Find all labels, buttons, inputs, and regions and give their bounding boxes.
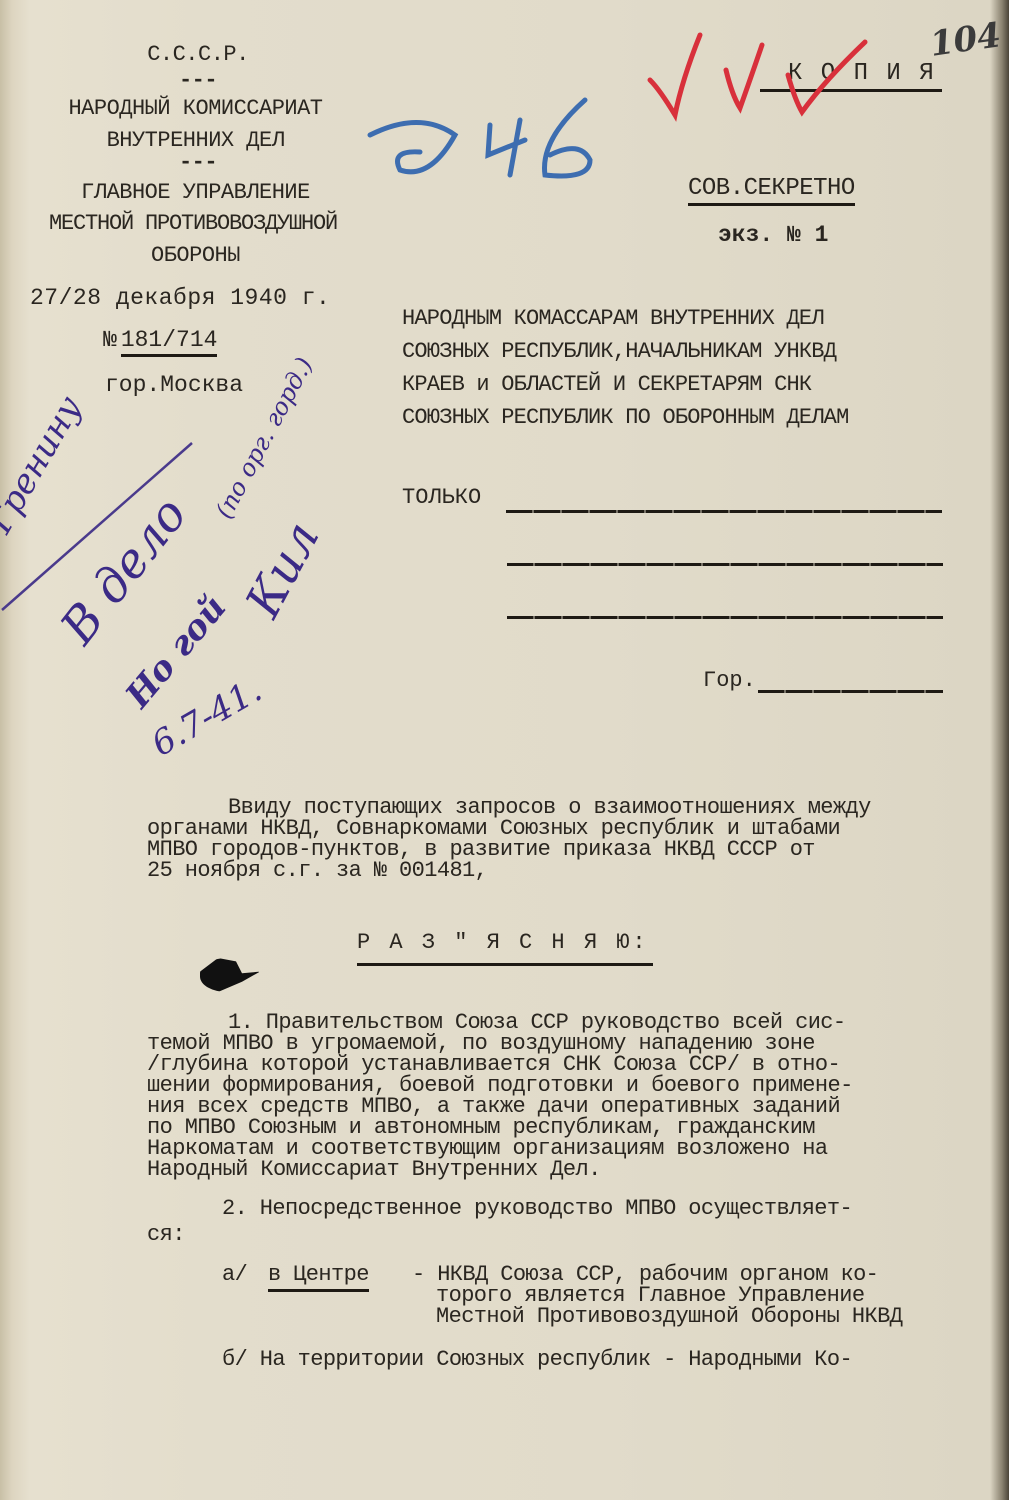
separator: --- [133,68,263,93]
blank-line [506,510,942,513]
document-date: 27/28 декабря 1940 г. [30,285,330,311]
ink-blot [200,958,260,992]
section-heading: Р А З " Я С Н Я Ю: [357,930,653,966]
country-label: С.С.С.Р. [133,42,263,67]
number-sign: № [103,327,117,353]
item2a-line: Местной Противовоздушной Обороны НКВД [436,1304,902,1329]
dept-line-3: ОБОРОНЫ [38,243,353,268]
copy-number: экз. № 1 [718,222,828,248]
addressee-line: СОЮЗНЫХ РЕСПУБЛИК,НАЧАЛЬНИКАМ УНКВД [402,339,836,364]
document-number: №181/714 [103,327,217,353]
item1-line: Народный Комиссариат Внутренних Дел. [147,1157,601,1182]
number-value: 181/714 [121,327,218,357]
dept-line-2: МЕСТНОЙ ПРОТИВОВОЗДУШНОЙ [8,211,378,236]
separator: --- [133,150,263,175]
dept-line-1: ГЛАВНОЕ УПРАВЛЕНИЕ [38,180,353,205]
blank-line [507,563,943,566]
red-checkmarks-icon [620,20,880,130]
page-number: 104 [928,15,1004,64]
item2a-prefix: а/ [222,1262,247,1287]
classification-label: СОВ.СЕКРЕТНО [688,175,855,206]
blank-line [758,690,943,693]
addressee-line: НАРОДНЫМ КОМАССАРАМ ВНУТРЕННИХ ДЕЛ [402,306,824,331]
document-city: гор.Москва [105,372,243,398]
intro-line: 25 ноября с.г. за № 001481, [147,858,487,883]
item2-line: 2. Непосредственное руководство МПВО осу… [222,1196,852,1221]
addressee-line: СОЮЗНЫХ РЕСПУБЛИК ПО ОБОРОННЫМ ДЕЛАМ [402,405,848,430]
item2b-line: б/ На территории Союзных республик - Нар… [222,1347,852,1372]
blank-line [507,616,943,619]
item2-line: ся: [147,1222,185,1247]
city-label: Гор. [703,668,756,693]
blue-pencil-mark-icon [360,80,600,190]
org-line-1: НАРОДНЫЙ КОМИССАРИАТ [38,96,353,121]
handwritten-signature: Кил [235,513,331,626]
only-label: ТОЛЬКО [402,485,481,510]
item2a-label: в Центре [268,1262,369,1292]
addressee-line: КРАЕВ и ОБЛАСТЕЙ И СЕКРЕТАРЯМ СНК [402,372,811,397]
